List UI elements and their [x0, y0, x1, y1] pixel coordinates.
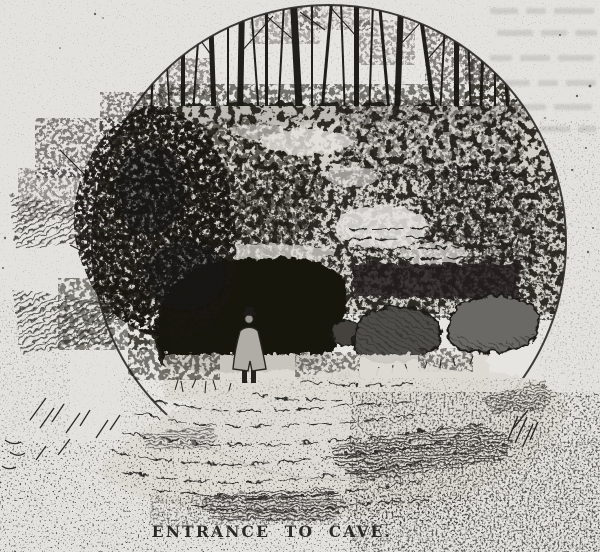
person-head — [245, 315, 253, 323]
engraving-illustration: ENTRANCE TO CAVE. — [0, 0, 600, 552]
caption-text: ENTRANCE TO CAVE. — [152, 522, 392, 541]
ledge-shadow — [352, 262, 517, 296]
newspaper-engraving-clipping: ENTRANCE TO CAVE. — [0, 0, 600, 552]
person-hat-brim — [243, 311, 257, 315]
boulder-large — [446, 294, 538, 351]
